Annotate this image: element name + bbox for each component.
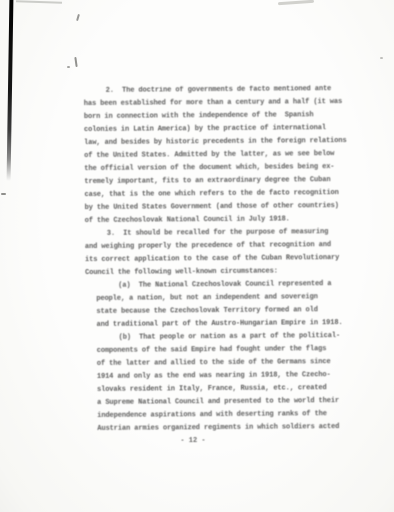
scan-smudge [278, 0, 314, 5]
text-line: its correct application to the case of t… [85, 252, 351, 267]
scan-edge-artifact-line [7, 0, 14, 181]
pencil-mark [67, 66, 70, 68]
scan-speck [380, 57, 383, 59]
pencil-mark [74, 57, 77, 67]
scanned-document-page: 2. The doctrine of governments de facto … [0, 0, 394, 512]
pencil-mark [76, 14, 80, 21]
scan-edge-tick [1, 193, 6, 195]
document-body-text: 2. The doctrine of governments de facto … [84, 83, 353, 436]
page-number: - 12 - [163, 437, 223, 445]
text-line: Austrian armies organized regiments in w… [97, 421, 352, 436]
text-line: by the United States Government (and tho… [85, 200, 351, 215]
scan-smudge [16, 0, 62, 4]
